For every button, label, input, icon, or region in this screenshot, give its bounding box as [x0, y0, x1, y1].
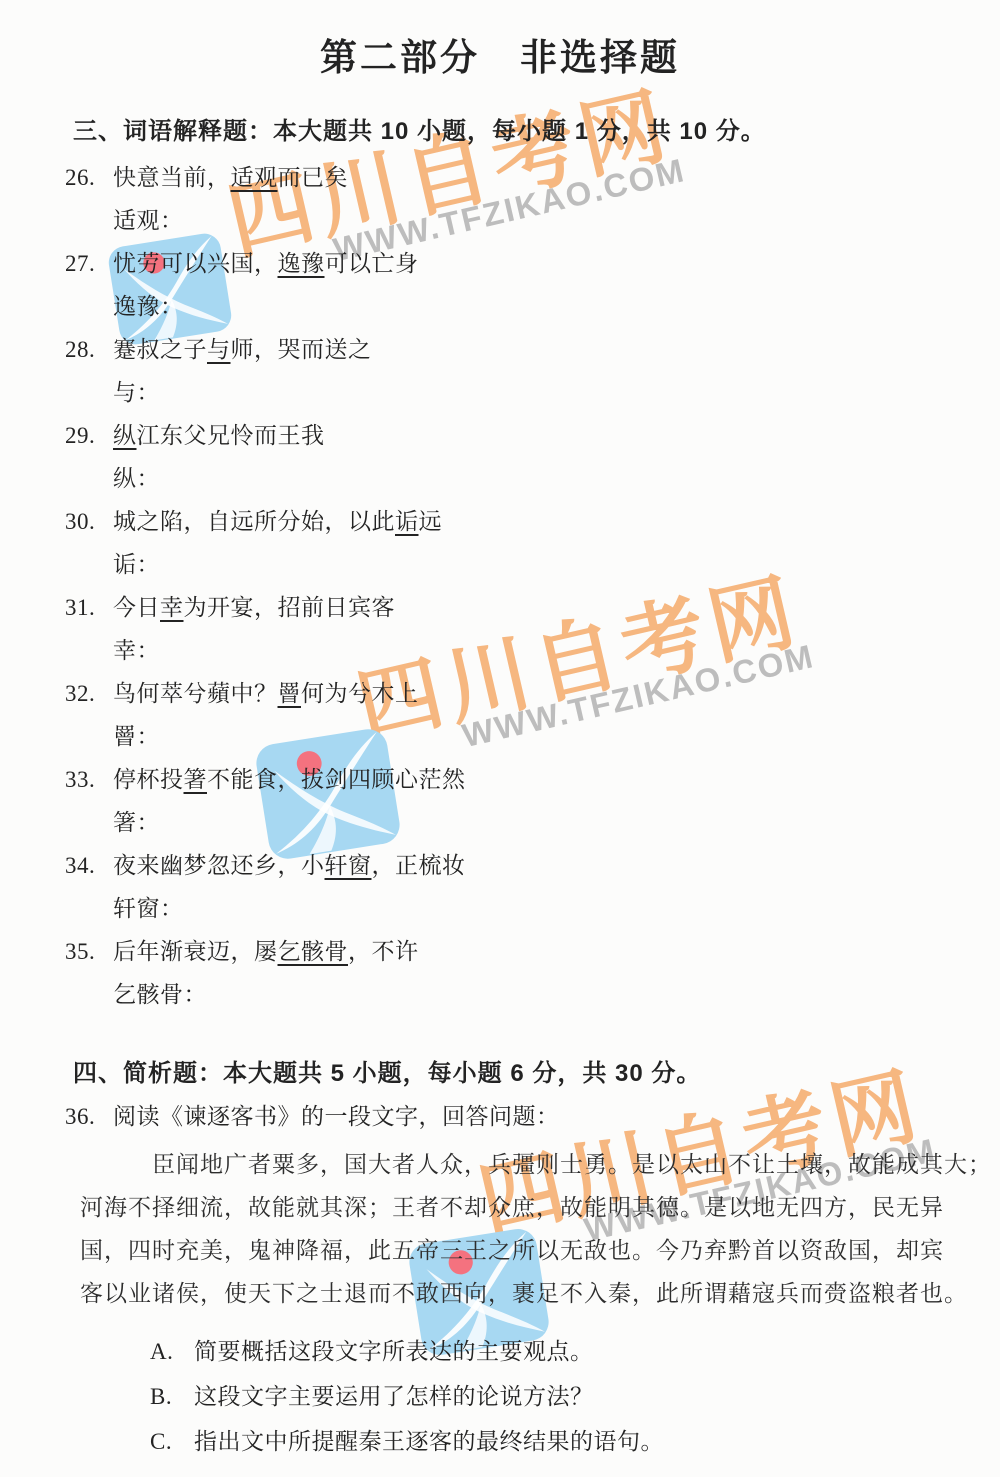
question-number: 26. — [65, 156, 113, 199]
question-sentence: 35. 后年渐衰迈，屡乞骸骨，不许 — [65, 930, 1000, 973]
underlined-term: 箸 — [184, 758, 208, 801]
question-27: 27. 忧劳可以兴国，逸豫可以亡身 逸豫： — [65, 242, 1000, 328]
question-number: 28. — [65, 328, 113, 371]
underlined-term: 诟 — [395, 500, 419, 543]
exam-page: 四川自考网 WWW.TFZIKAO.COM 四川自考网 WWW.TFZIKAO.… — [0, 0, 1000, 1477]
question-28: 28. 蹇叔之子与师，哭而送之 与： — [65, 328, 1000, 414]
question-26: 26. 快意当前，适观而已矣 适观： — [65, 156, 1000, 242]
subquestion-label: C. — [150, 1419, 194, 1464]
sentence-pre: 夜来幽梦忽还乡，小 — [113, 844, 325, 887]
answer-prompt: 纵： — [113, 457, 1000, 500]
answer-prompt: 乞骸骨： — [113, 973, 1000, 1016]
sentence-pre: 今日 — [113, 586, 160, 629]
passage-line: 国，四时充美，鬼神降福，此五帝三王之所以无敌也。今乃弃黔首以资敌国，却宾 — [80, 1229, 960, 1272]
question-36-intro-text: 阅读《谏逐客书》的一段文字，回答问题： — [113, 1101, 560, 1133]
answer-prompt: 轩窗： — [113, 887, 1000, 930]
sentence-pre: 忧劳可以兴国， — [113, 242, 278, 285]
sentence-post: 不能食，拔剑四顾心茫然 — [207, 758, 466, 801]
underlined-term: 与 — [207, 328, 231, 371]
sentence-post: ，正梳妆 — [372, 844, 466, 887]
question-number: 36. — [65, 1101, 113, 1133]
answer-prompt: 罾： — [113, 715, 1000, 758]
sentence-pre: 停杯投 — [113, 758, 184, 801]
question-30: 30. 城之陷，自远所分始，以此诟远 诟： — [65, 500, 1000, 586]
underlined-term: 乞骸骨 — [278, 930, 349, 973]
underlined-term: 轩窗 — [325, 844, 372, 887]
question-number: 35. — [65, 930, 113, 973]
sentence-pre: 鸟何萃兮蘋中？ — [113, 672, 278, 715]
answer-prompt: 逸豫： — [113, 285, 1000, 328]
question-number: 31. — [65, 586, 113, 629]
underlined-term: 罾 — [278, 672, 302, 715]
question-sentence: 32. 鸟何萃兮蘋中？罾何为兮木上 — [65, 672, 1000, 715]
question-36-subquestions: A. 简要概括这段文字所表达的主要观点。 B. 这段文字主要运用了怎样的论说方法… — [150, 1329, 1000, 1464]
question-sentence: 28. 蹇叔之子与师，哭而送之 — [65, 328, 1000, 371]
sentence-pre: 城之陷，自远所分始，以此 — [113, 500, 395, 543]
passage-line: 河海不择细流，故能就其深；王者不却众庶，故能明其德。是以地无四方，民无异 — [80, 1186, 960, 1229]
sentence-post: 可以亡身 — [325, 242, 419, 285]
question-number: 27. — [65, 242, 113, 285]
passage-line: 客以业诸侯，使天下之士退而不敢西向，裹足不入秦，此所谓藉寇兵而赍盗粮者也。 — [80, 1272, 960, 1315]
question-34: 34. 夜来幽梦忽还乡，小轩窗，正梳妆 轩窗： — [65, 844, 1000, 930]
question-sentence: 34. 夜来幽梦忽还乡，小轩窗，正梳妆 — [65, 844, 1000, 887]
sentence-post: 远 — [419, 500, 443, 543]
section3-heading: 三、词语解释题：本大题共 10 小题，每小题 1 分，共 10 分。 — [73, 116, 1000, 148]
subquestion-text: 简要概括这段文字所表达的主要观点。 — [194, 1329, 594, 1374]
question-29: 29. 纵江东父兄怜而王我 纵： — [65, 414, 1000, 500]
question-sentence: 31. 今日幸为开宴，招前日宾客 — [65, 586, 1000, 629]
subquestion-a: A. 简要概括这段文字所表达的主要观点。 — [150, 1329, 1000, 1374]
underlined-term: 逸豫 — [278, 242, 325, 285]
question-36-intro: 36. 阅读《谏逐客书》的一段文字，回答问题： — [65, 1101, 1000, 1133]
answer-prompt: 与： — [113, 371, 1000, 414]
question-number: 32. — [65, 672, 113, 715]
question-sentence: 30. 城之陷，自远所分始，以此诟远 — [65, 500, 1000, 543]
subquestion-label: A. — [150, 1329, 194, 1374]
sentence-post: 而已矣 — [278, 156, 349, 199]
underlined-term: 适观 — [231, 156, 278, 199]
page-title: 第二部分 非选择题 — [0, 0, 1000, 80]
question-33: 33. 停杯投箸不能食，拔剑四顾心茫然 箸： — [65, 758, 1000, 844]
question-number: 29. — [65, 414, 113, 457]
question-number: 34. — [65, 844, 113, 887]
section3-question-list: 26. 快意当前，适观而已矣 适观： 27. 忧劳可以兴国，逸豫可以亡身 逸豫：… — [0, 156, 1000, 1016]
underlined-term: 纵 — [113, 414, 137, 457]
passage-line: 臣闻地广者粟多，国大者人众，兵彊则士勇。是以太山不让土壤，故能成其大； — [80, 1143, 960, 1186]
sentence-pre: 后年渐衰迈，屡 — [113, 930, 278, 973]
answer-prompt: 箸： — [113, 801, 1000, 844]
answer-prompt: 诟： — [113, 543, 1000, 586]
sentence-pre: 蹇叔之子 — [113, 328, 207, 371]
question-31: 31. 今日幸为开宴，招前日宾客 幸： — [65, 586, 1000, 672]
question-35: 35. 后年渐衰迈，屡乞骸骨，不许 乞骸骨： — [65, 930, 1000, 1016]
section4-heading: 四、简析题：本大题共 5 小题，每小题 6 分，共 30 分。 — [73, 1058, 1000, 1090]
subquestion-text: 这段文字主要运用了怎样的论说方法？ — [194, 1374, 594, 1419]
sentence-post: 为开宴，招前日宾客 — [184, 586, 396, 629]
answer-prompt: 幸： — [113, 629, 1000, 672]
question-sentence: 26. 快意当前，适观而已矣 — [65, 156, 1000, 199]
question-36-passage: 臣闻地广者粟多，国大者人众，兵彊则士勇。是以太山不让土壤，故能成其大； 河海不择… — [80, 1143, 960, 1315]
question-sentence: 29. 纵江东父兄怜而王我 — [65, 414, 1000, 457]
question-number: 33. — [65, 758, 113, 801]
question-number: 30. — [65, 500, 113, 543]
sentence-post: 何为兮木上 — [301, 672, 419, 715]
question-sentence: 27. 忧劳可以兴国，逸豫可以亡身 — [65, 242, 1000, 285]
subquestion-text: 指出文中所提醒秦王逐客的最终结果的语句。 — [194, 1419, 664, 1464]
subquestion-c: C. 指出文中所提醒秦王逐客的最终结果的语句。 — [150, 1419, 1000, 1464]
exam-content: 第二部分 非选择题 三、词语解释题：本大题共 10 小题，每小题 1 分，共 1… — [0, 0, 1000, 1464]
sentence-post: ，不许 — [348, 930, 419, 973]
subquestion-label: B. — [150, 1374, 194, 1419]
sentence-post: 江东父兄怜而王我 — [137, 414, 325, 457]
question-sentence: 33. 停杯投箸不能食，拔剑四顾心茫然 — [65, 758, 1000, 801]
subquestion-b: B. 这段文字主要运用了怎样的论说方法？ — [150, 1374, 1000, 1419]
answer-prompt: 适观： — [113, 199, 1000, 242]
sentence-pre: 快意当前， — [113, 156, 231, 199]
sentence-post: 师，哭而送之 — [231, 328, 372, 371]
underlined-term: 幸 — [160, 586, 184, 629]
question-32: 32. 鸟何萃兮蘋中？罾何为兮木上 罾： — [65, 672, 1000, 758]
